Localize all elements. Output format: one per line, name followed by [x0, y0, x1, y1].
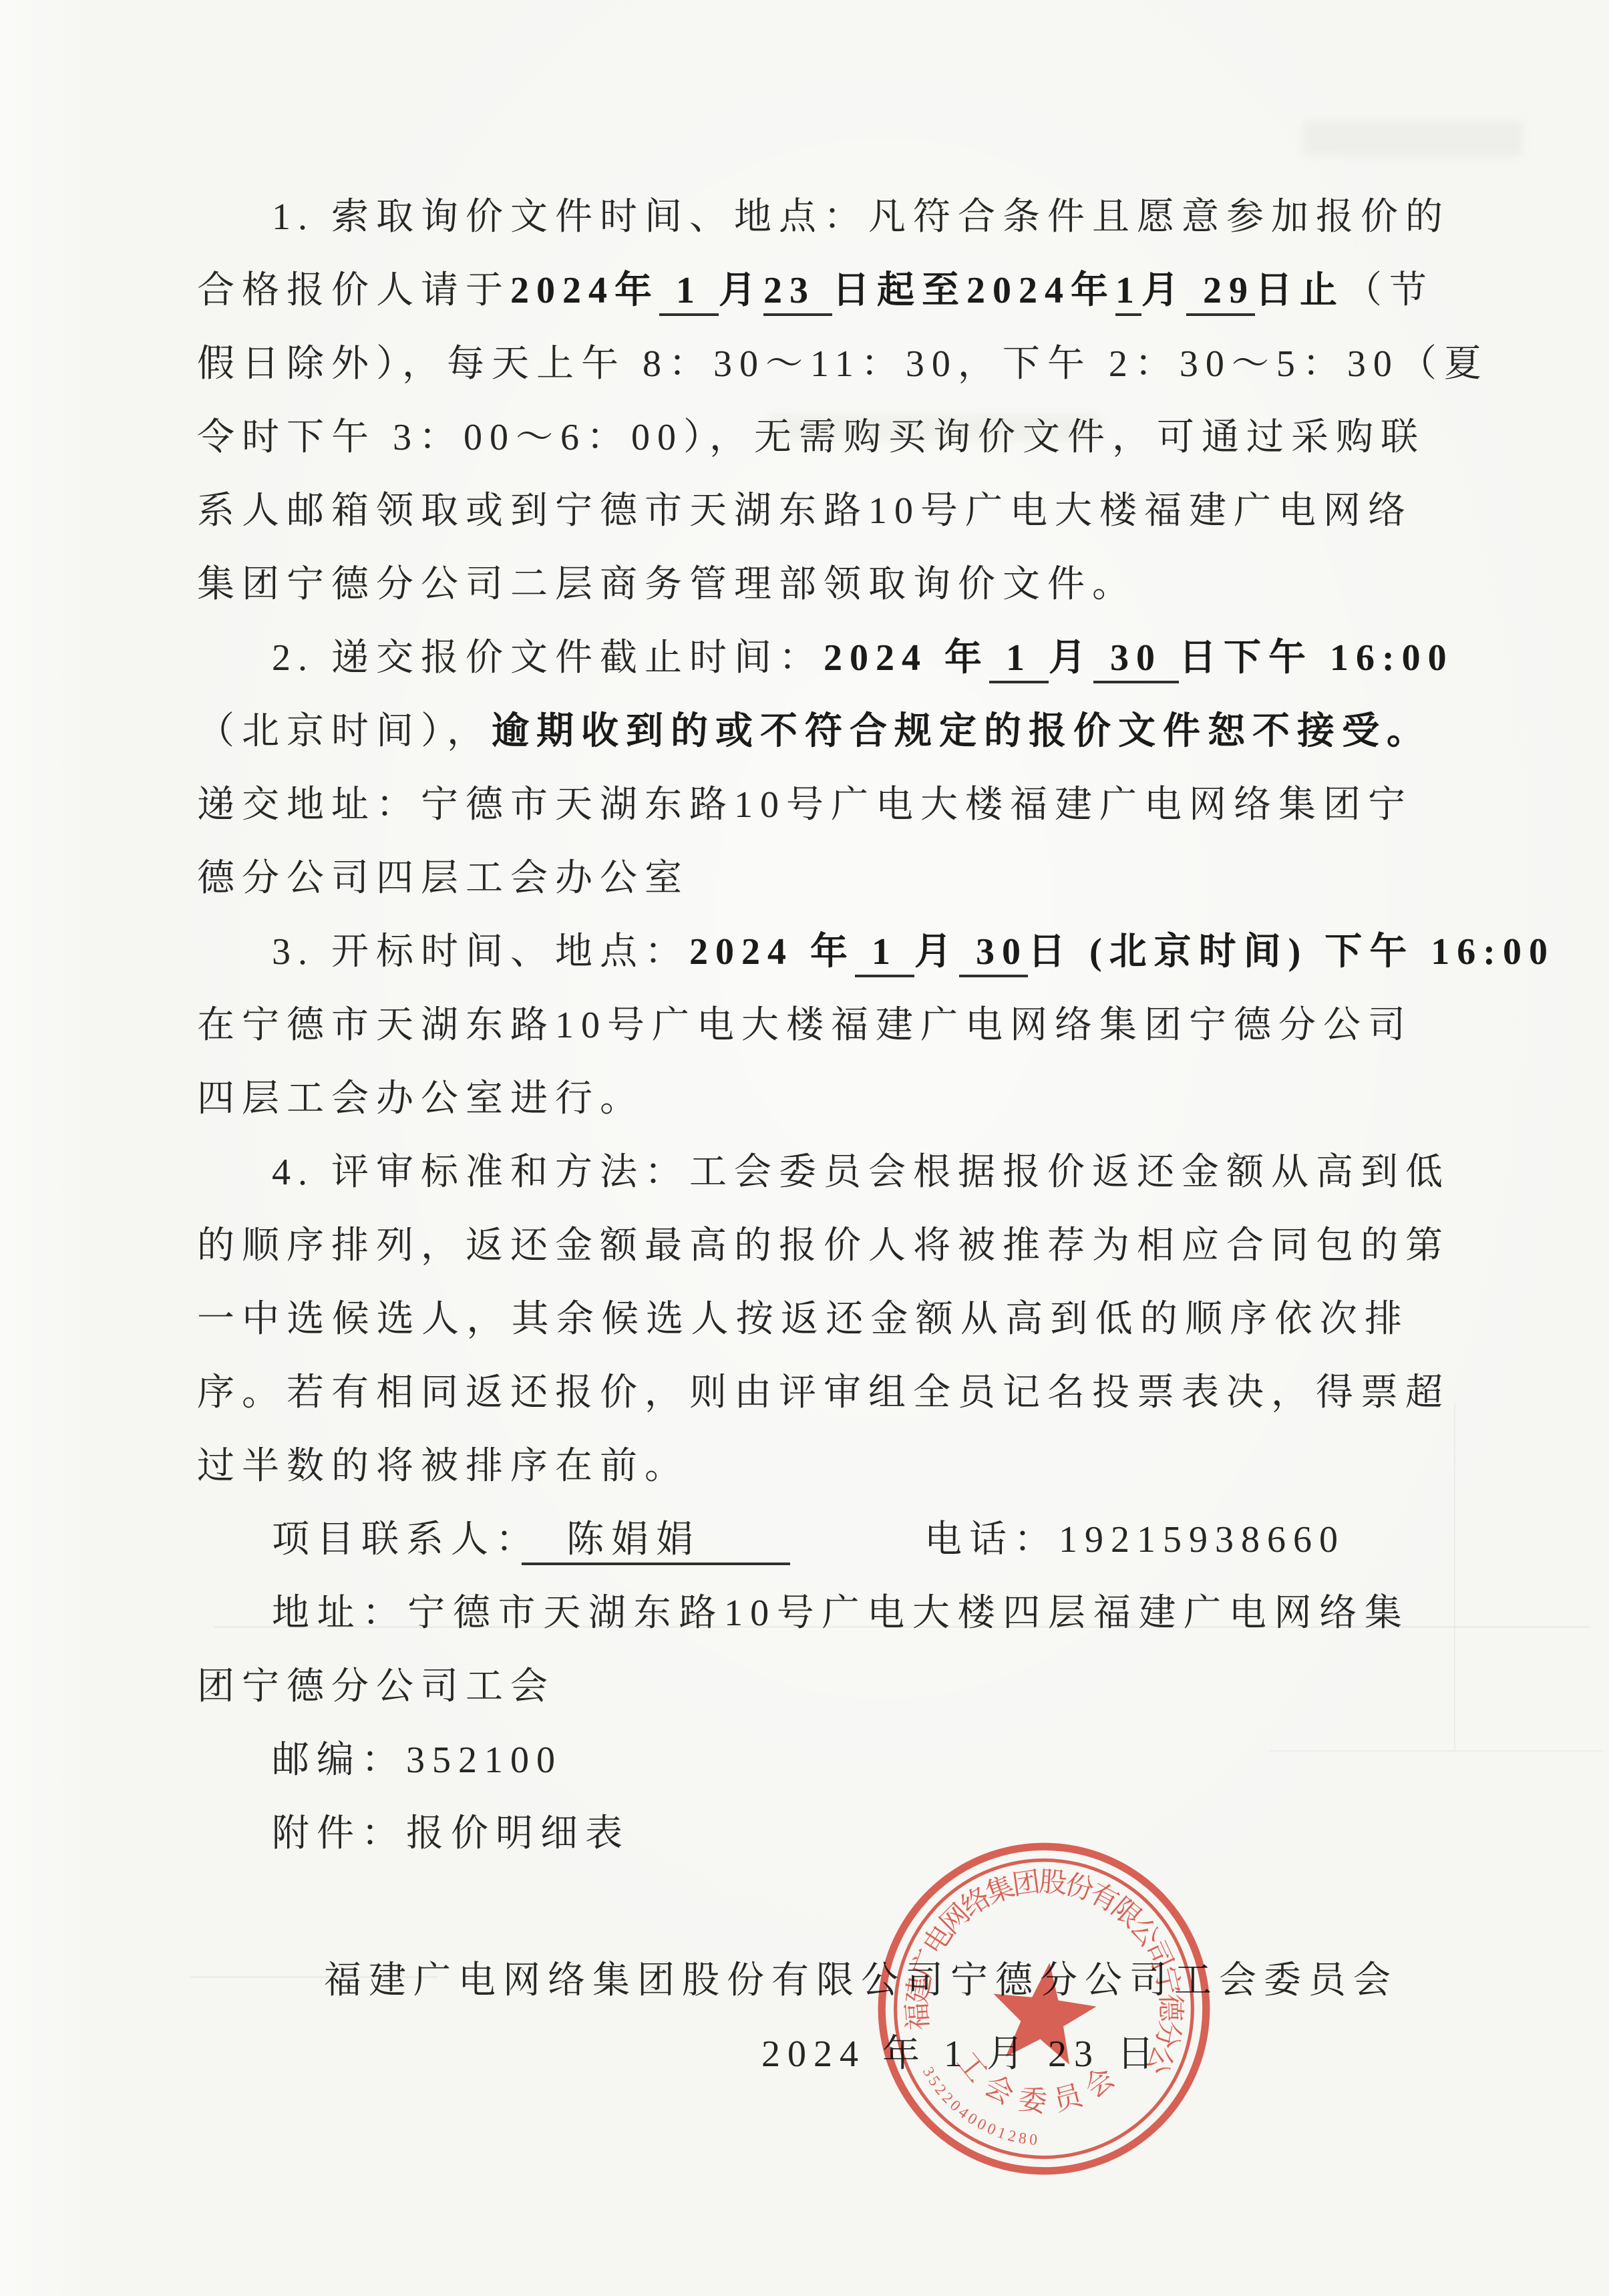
seal-bottom-char: 会 — [978, 2070, 1019, 2111]
text-segment: 月 — [1141, 270, 1186, 311]
text-line: （北京时间），逾期收到的或不符合规定的报价文件恕不接受。 — [197, 695, 1409, 768]
fill-in-underline: 30 — [959, 931, 1028, 973]
text-segment: 集团宁德分公司二层商务管理部领取询价文件。 — [197, 564, 1137, 605]
text-segment: 系人邮箱领取或到宁德市天湖东路10号广电大楼福建广电网络 — [197, 490, 1413, 532]
text-line: 系人邮箱领取或到宁德市天湖东路10号广电大楼福建广电网络 — [197, 474, 1409, 548]
text-segment: 项目联系人： — [272, 1519, 522, 1561]
text-segment: 附件：报价明细表 — [272, 1813, 630, 1854]
seal-graphic: 福建广电网络集团股份有限公司宁德分公司 工 会 委 员 会 3522040001… — [854, 1819, 1234, 2198]
text-line: 在宁德市天湖东路10号广电大楼福建广电网络集团宁德分公司 — [197, 989, 1409, 1062]
fill-in-underline: 1 — [1115, 270, 1141, 311]
document-body: 1. 索取询价文件时间、地点：凡符合条件且愿意参加报价的合格报价人请于2024年… — [197, 180, 1409, 2091]
text-segment: 2024年 — [966, 270, 1115, 311]
fill-in-underline: 1 — [855, 931, 914, 973]
text-segment: 过半数的将被排序在前。 — [197, 1446, 689, 1487]
fill-in-underline: 1 — [989, 637, 1049, 679]
bleed-smudge — [1302, 120, 1523, 157]
seal-star-icon — [986, 1957, 1101, 2067]
text-line: 集团宁德分公司二层商务管理部领取询价文件。 — [197, 548, 1409, 621]
date-line: 2024 年 1 月 23 日 — [197, 2017, 1409, 2091]
text-line: 四层工会办公室进行。 — [197, 1062, 1409, 1136]
text-segment: （节 — [1345, 270, 1434, 311]
bleed-table-line — [1454, 1403, 1455, 1750]
seal-bottom-char: 会 — [1079, 2062, 1120, 2104]
text-segment: 2. 递交报价文件截止时间： — [272, 637, 824, 679]
text-segment: 团宁德分公司工会 — [197, 1666, 555, 1707]
text-line: 3. 开标时间、地点：2024 年 1 月 30日 (北京时间) 下午 16:0… — [197, 915, 1409, 989]
text-segment: 的顺序排列，返还金额最高的报价人将被推荐为相应合同包的第 — [197, 1225, 1450, 1267]
text-segment: 福建广电网络集团股份有限公司宁德分公司工会委员会 — [324, 1960, 1398, 2001]
text-segment: 3. 开标时间、地点： — [272, 931, 689, 973]
postcode-line: 邮编：352100 — [197, 1724, 1409, 1797]
page: 1. 索取询价文件时间、地点：凡符合条件且愿意参加报价的合格报价人请于2024年… — [0, 0, 1609, 2296]
text-line: 过半数的将被排序在前。 — [197, 1430, 1409, 1503]
scan-streak — [214, 1626, 1590, 1628]
text-segment: 四层工会办公室进行。 — [197, 1078, 645, 1120]
text-segment: 在宁德市天湖东路10号广电大楼福建广电网络集团宁德分公司 — [197, 1005, 1413, 1046]
signature-line: 福建广电网络集团股份有限公司宁德分公司工会委员会 — [197, 1944, 1409, 2017]
fill-in-underline: 陈娟娟 — [522, 1519, 790, 1561]
text-segment: 一中选候选人，其余候选人按返还金额从高到低的顺序依次排 — [197, 1299, 1409, 1340]
text-segment: 1. 索取询价文件时间、地点：凡符合条件且愿意参加报价的 — [272, 196, 1450, 238]
text-line: 假日除外），每天上午 8：30～11：30，下午 2：30～5：30（夏 — [197, 327, 1409, 401]
fill-in-underline: 30 — [1093, 637, 1179, 679]
text-segment: 月 — [1049, 637, 1093, 679]
text-segment: 序。若有相同返还报价，则由评审组全员记名投票表决，得票超 — [197, 1372, 1450, 1414]
fill-in-underline: 1 — [659, 270, 719, 311]
seal-bottom-char: 委 — [1017, 2084, 1049, 2119]
seal-bottom-char: 员 — [1050, 2080, 1088, 2118]
text-segment: 2024 年 — [824, 637, 989, 679]
text-segment — [790, 1519, 924, 1561]
text-line: 合格报价人请于2024年 1 月23 日起至2024年1月 29日止（节 — [197, 254, 1409, 327]
text-line: 地址：宁德市天湖东路10号广电大楼四层福建广电网络集 — [197, 1577, 1409, 1650]
text-segment: 日下午 16:00 — [1179, 637, 1454, 679]
text-segment: 2024 年 — [689, 931, 855, 973]
official-seal-stamp: 福建广电网络集团股份有限公司宁德分公司 工 会 委 员 会 3522040001… — [854, 1819, 1234, 2198]
text-segment: 月 — [719, 270, 763, 311]
text-segment: 电话：19215938660 — [924, 1519, 1345, 1561]
text-segment: 日 (北京时间) 下午 16:00 — [1028, 931, 1555, 973]
text-line: 序。若有相同返还报价，则由评审组全员记名投票表决，得票超 — [197, 1356, 1409, 1430]
text-line: 德分公司四层工会办公室 — [197, 842, 1409, 915]
text-segment: 月 — [914, 931, 959, 973]
text-segment: 日止 — [1255, 270, 1345, 311]
text-line: 一中选候选人，其余候选人按返还金额从高到低的顺序依次排 — [197, 1283, 1409, 1356]
text-segment: 德分公司四层工会办公室 — [197, 858, 689, 899]
text-segment: 邮编：352100 — [272, 1740, 562, 1781]
text-segment: 逾期收到的或不符合规定的报价文件恕不接受。 — [492, 711, 1431, 752]
text-segment: （北京时间）， — [197, 711, 492, 752]
text-segment: 假日除外），每天上午 8：30～11：30，下午 2：30～5：30（夏 — [197, 343, 1489, 385]
text-line: 的顺序排列，返还金额最高的报价人将被推荐为相应合同包的第 — [197, 1209, 1409, 1283]
text-segment: 2024年 — [510, 270, 659, 311]
bleed-table-line — [1269, 1750, 1603, 1752]
text-line: 团宁德分公司工会 — [197, 1650, 1409, 1724]
text-segment: 日起至 — [832, 270, 966, 311]
bleed-smudge — [768, 414, 1102, 441]
text-segment: 合格报价人请于 — [197, 270, 510, 311]
scan-streak — [190, 1976, 437, 1978]
text-line: 1. 索取询价文件时间、地点：凡符合条件且愿意参加报价的 — [197, 180, 1409, 254]
text-line: 递交地址：宁德市天湖东路10号广电大楼福建广电网络集团宁 — [197, 768, 1409, 842]
text-segment: 4. 评审标准和方法：工会委员会根据报价返还金额从高到低 — [272, 1152, 1450, 1193]
fill-in-underline: 29 — [1186, 270, 1255, 311]
fill-in-underline: 23 — [763, 270, 832, 311]
text-segment: 递交地址：宁德市天湖东路10号广电大楼福建广电网络集团宁 — [197, 784, 1413, 826]
contact-line: 项目联系人： 陈娟娟 电话：19215938660 — [197, 1503, 1409, 1577]
text-line: 2. 递交报价文件截止时间：2024 年 1 月 30 日下午 16:00 — [197, 621, 1409, 695]
text-line: 4. 评审标准和方法：工会委员会根据报价返还金额从高到低 — [197, 1136, 1409, 1209]
